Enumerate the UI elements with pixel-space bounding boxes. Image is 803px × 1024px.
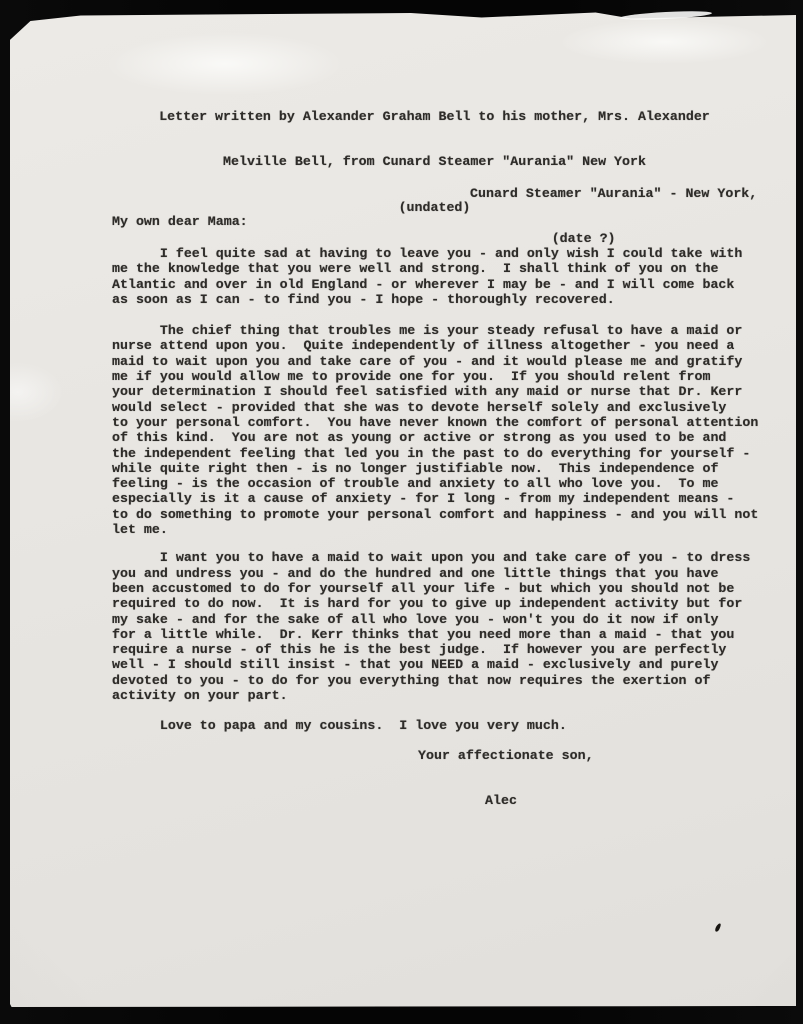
paragraph: Love to papa and my cousins. I love you …	[112, 718, 776, 733]
dateline-place: Cunard Steamer "Aurania" - New York,	[470, 186, 757, 201]
letter-body: I feel quite sad at having to leave you …	[112, 246, 776, 734]
salutation: My own dear Mama:	[112, 214, 248, 229]
heading-line-1: Letter written by Alexander Graham Bell …	[113, 109, 756, 124]
paragraph: The chief thing that troubles me is your…	[112, 323, 776, 537]
letter-page: Letter written by Alexander Graham Bell …	[10, 12, 796, 1007]
signature: Alec	[485, 793, 517, 808]
ink-speck	[714, 923, 722, 933]
paragraph: I feel quite sad at having to leave you …	[112, 246, 776, 307]
dateline-date: (date ?)	[440, 231, 727, 246]
paragraph: I want you to have a maid to wait upon y…	[112, 550, 776, 703]
closing: Your affectionate son,	[418, 748, 594, 763]
